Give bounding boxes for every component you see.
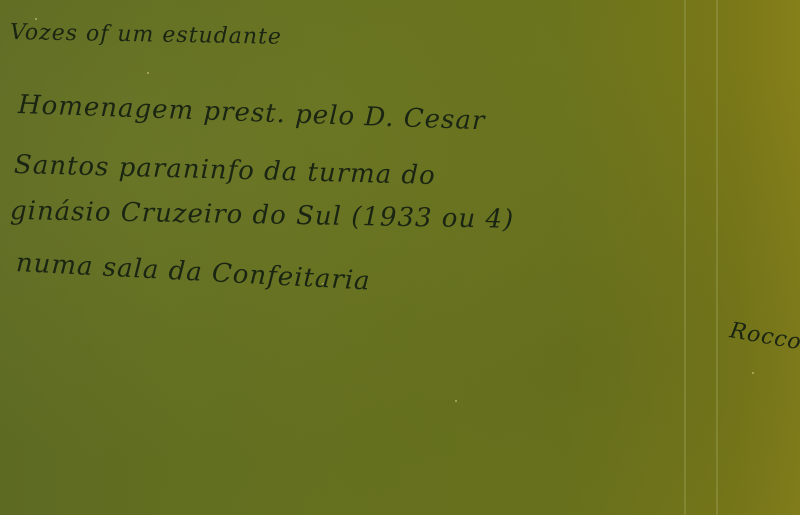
paper-fold-line [716,0,718,515]
paper-speck [147,72,149,74]
paper-speck [752,372,754,374]
handwritten-line-4: ginásio Cruzeiro do Sul (1933 ou 4) [10,196,515,235]
handwritten-line-6: Rocco [728,318,800,355]
handwritten-note-page: Vozes of um estudante Homenagem prest. p… [0,0,800,515]
handwritten-line-5: numa sala da Confeitaria [15,248,371,297]
paper-speck [455,400,457,402]
handwritten-line-1: Vozes of um estudante [10,20,282,50]
paper-fold-line [684,0,686,515]
handwritten-line-3: Santos paraninfo da turma do [14,150,437,191]
handwritten-line-2: Homenagem prest. pelo D. Cesar [17,90,485,136]
